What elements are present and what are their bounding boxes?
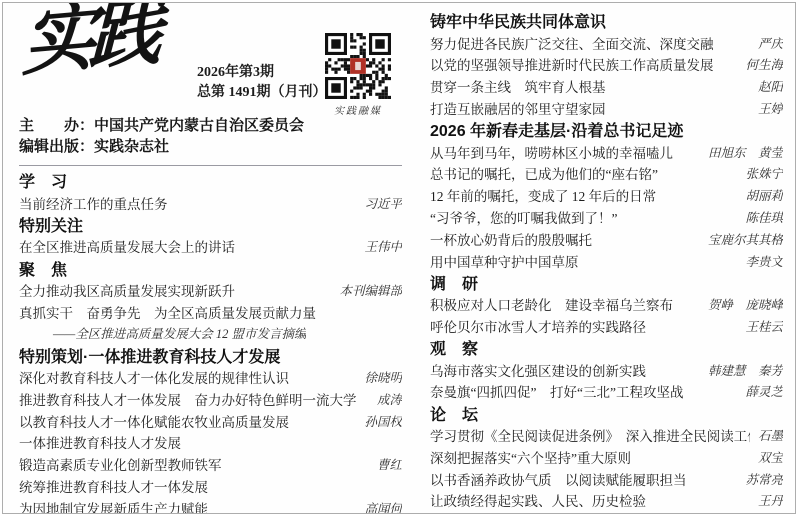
entry-authors: 陈佳琪: [745, 208, 783, 226]
qr-block: 实践融媒: [320, 33, 396, 117]
entry-title: 用中国草种守护中国草原: [430, 251, 579, 271]
entry-title: 深化对教育科技人才一体化发展的规律性认识: [19, 367, 289, 387]
entry-title: 总书记的嘱托，已成为他们的“座右铭”: [430, 163, 658, 183]
entry-authors: 王伟中: [364, 237, 402, 255]
toc-entry: 推进教育科技人才一体发展 奋力办好特色鲜明一流大学成涛: [19, 388, 402, 410]
section-title: 铸牢中华民族共同体意识: [430, 10, 783, 32]
header-divider: [19, 165, 402, 166]
toc-entry: 全力推动我区高质量发展实现新跃升本刊编辑部: [19, 279, 402, 301]
toc-entry: 以书香涵养政协气质 以阅读赋能履职担当苏常亮: [430, 468, 783, 490]
magazine-logo-calligraphy: 实践: [22, 3, 155, 81]
entry-title: 真抓实干 奋勇争先 为全区高质量发展贡献力量: [19, 302, 316, 322]
entry-authors: 赵阳: [758, 77, 783, 95]
toc-right-list: 铸牢中华民族共同体意识努力促进各民族广泛交往、全面交流、深度交融严庆以党的坚强领…: [430, 10, 783, 511]
toc-entry: 一体推进教育科技人才发展: [19, 432, 402, 454]
toc-entry: 积极应对人口老龄化 建设幸福乌兰察布贺峥 庞晓峰: [430, 293, 783, 315]
section-title: 2026 年新春走基层·沿着总书记足迹: [430, 119, 783, 141]
toc-entry: 统筹推进教育科技人才一体发展: [19, 475, 402, 497]
entry-authors: 孙国权: [364, 412, 402, 430]
entry-authors: 双宝: [758, 448, 783, 466]
entry-authors: 田旭东 黄莹: [708, 143, 783, 161]
entry-title: 让政绩经得起实践、人民、历史检验: [430, 490, 646, 510]
entry-authors: 徐晓明: [364, 368, 402, 386]
issue-total: 总第 1491期（月刊）: [197, 83, 327, 103]
toc-entry: 乌海市落实文化强区建设的创新实践韩建慧 秦芳: [430, 359, 783, 381]
qr-caption: 实践融媒: [320, 102, 396, 117]
entry-authors: 李贵文: [745, 252, 783, 270]
entry-title: 贯穿一条主线 筑牢育人根基: [430, 76, 606, 96]
entry-title: 一杯放心奶背后的殷殷嘱托: [430, 229, 592, 249]
section-title: 特别策划·一体推进教育科技人才发展: [19, 344, 402, 366]
toc-entry: 努力促进各民族广泛交往、全面交流、深度交融严庆: [430, 32, 783, 54]
organizer-line: 主 办：中国共产党内蒙古自治区委员会: [19, 115, 402, 136]
publisher-info: 主 办：中国共产党内蒙古自治区委员会 编辑出版：实践杂志社: [19, 115, 402, 157]
masthead: 实践 2026年第3期 总第 1491期（月刊） 实践融媒: [19, 11, 402, 109]
publisher-line: 编辑出版：实践杂志社: [19, 136, 402, 157]
toc-entry: 用中国草种守护中国草原李贵文: [430, 250, 783, 272]
toc-entry: 在全区推进高质量发展大会上的讲话王伟中: [19, 235, 402, 257]
toc-entry: 奈曼旗“四抓四促” 打好“三北”工程攻坚战薛灵芝: [430, 381, 783, 403]
section-title: 论 坛: [430, 402, 783, 424]
entry-authors: 严庆: [758, 34, 783, 52]
entry-authors: 本刊编辑部: [339, 281, 402, 299]
toc-entry: 深化对教育科技人才一体化发展的规律性认识徐晓明: [19, 366, 402, 388]
issue-number: 2026年第3期: [197, 63, 327, 83]
entry-title: ——全区推进高质量发展大会 12 盟市发言摘编: [19, 324, 306, 342]
toc-entry: 深刻把握落实“六个坚持”重大原则双宝: [430, 446, 783, 468]
toc-entry: 学习贯彻《全民阅读促进条例》 深入推进全民阅读工作石墨: [430, 424, 783, 446]
toc-entry: 让政绩经得起实践、人民、历史检验王丹: [430, 490, 783, 512]
entry-title: 深刻把握落实“六个坚持”重大原则: [430, 447, 631, 467]
entry-title: 呼伦贝尔市冰雪人才培养的实践路径: [430, 316, 646, 336]
toc-entry: ——全区推进高质量发展大会 12 盟市发言摘编: [19, 323, 402, 345]
entry-authors: 贺峥 庞晓峰: [708, 295, 783, 313]
toc-entry: 贯穿一条主线 筑牢育人根基赵阳: [430, 75, 783, 97]
entry-authors: 高闻何: [364, 499, 402, 513]
toc-entry: 以党的坚强领导推进新时代民族工作高质量发展何生海: [430, 54, 783, 76]
entry-authors: 张姝宁: [745, 164, 783, 182]
toc-entry: “习爷爷，您的叮嘱我做到了！”陈佳琪: [430, 206, 783, 228]
section-title: 聚 焦: [19, 257, 402, 279]
entry-title: 以书香涵养政协气质 以阅读赋能履职担当: [430, 469, 687, 489]
toc-entry: 从马年到马年，唠唠林区小城的幸福嗑儿田旭东 黄莹: [430, 141, 783, 163]
issue-info: 2026年第3期 总第 1491期（月刊）: [197, 63, 327, 104]
entry-title: 打造互嵌融居的邻里守望家园: [430, 98, 606, 118]
entry-authors: 何生海: [745, 55, 783, 73]
toc-entry: 12 年前的嘱托，变成了 12 年后的日常胡丽莉: [430, 184, 783, 206]
entry-title: 从马年到马年，唠唠林区小城的幸福嗑儿: [430, 142, 673, 162]
entry-authors: 王丹: [758, 491, 783, 509]
toc-entry: 当前经济工作的重点任务习近平: [19, 192, 402, 214]
section-title: 学 习: [19, 170, 402, 192]
entry-authors: 王婷: [758, 99, 783, 117]
entry-title: 奈曼旗“四抓四促” 打好“三北”工程攻坚战: [430, 381, 683, 401]
entry-title: 以教育科技人才一体化赋能农牧业高质量发展: [19, 411, 289, 431]
entry-title: 锻造高素质专业化创新型教师铁军: [19, 454, 222, 474]
entry-title: 推进教育科技人才一体发展 奋力办好特色鲜明一流大学: [19, 389, 357, 409]
entry-title: 乌海市落实文化强区建设的创新实践: [430, 360, 646, 380]
toc-entry: 一杯放心奶背后的殷殷嘱托宝鹿尔其其格: [430, 228, 783, 250]
entry-title: 努力促进各民族广泛交往、全面交流、深度交融: [430, 33, 714, 53]
entry-authors: 胡丽莉: [745, 186, 783, 204]
toc-entry: 总书记的嘱托，已成为他们的“座右铭”张姝宁: [430, 163, 783, 185]
entry-title: 在全区推进高质量发展大会上的讲话: [19, 236, 235, 256]
entry-authors: 成涛: [377, 390, 402, 408]
entry-title: 学习贯彻《全民阅读促进条例》 深入推进全民阅读工作: [430, 425, 750, 445]
entry-authors: 薛灵芝: [745, 382, 783, 400]
toc-entry: 真抓实干 奋勇争先 为全区高质量发展贡献力量: [19, 301, 402, 323]
entry-title: “习爷爷，您的叮嘱我做到了！”: [430, 207, 617, 227]
left-column: 实践 2026年第3期 总第 1491期（月刊） 实践融媒 主 办：中国共产党内…: [3, 3, 408, 513]
entry-authors: 苏常亮: [745, 470, 783, 488]
section-title: 调 研: [430, 272, 783, 294]
entry-title: 积极应对人口老龄化 建设幸福乌兰察布: [430, 294, 673, 314]
toc-entry: 锻造高素质专业化创新型教师铁军曹红: [19, 453, 402, 475]
right-column: 铸牢中华民族共同体意识努力促进各民族广泛交往、全面交流、深度交融严庆以党的坚强领…: [408, 3, 795, 513]
toc-left-list: 学 习当前经济工作的重点任务习近平特别关注在全区推进高质量发展大会上的讲话王伟中…: [19, 170, 402, 513]
section-title: 观 察: [430, 337, 783, 359]
entry-authors: 石墨: [758, 426, 783, 444]
entry-title: 全力推动我区高质量发展实现新跃升: [19, 280, 235, 300]
entry-authors: 曹红: [377, 455, 402, 473]
entry-authors: 韩建慧 秦芳: [708, 361, 783, 379]
qr-code-icon: [325, 33, 391, 99]
entry-title: 当前经济工作的重点任务: [19, 193, 168, 213]
entry-title: 为因地制宜发展新质生产力赋能: [19, 498, 208, 513]
toc-entry: 以教育科技人才一体化赋能农牧业高质量发展孙国权: [19, 410, 402, 432]
toc-entry: 呼伦贝尔市冰雪人才培养的实践路径王桂云: [430, 315, 783, 337]
magazine-contents-page: 实践 2026年第3期 总第 1491期（月刊） 实践融媒 主 办：中国共产党内…: [2, 2, 796, 514]
entry-authors: 宝鹿尔其其格: [708, 230, 783, 248]
toc-entry: 为因地制宜发展新质生产力赋能高闻何: [19, 497, 402, 513]
entry-authors: 习近平: [364, 194, 402, 212]
section-title: 特别关注: [19, 214, 402, 236]
entry-title: 统筹推进教育科技人才一体发展: [19, 476, 208, 496]
entry-title: 一体推进教育科技人才发展: [19, 432, 181, 452]
entry-title: 以党的坚强领导推进新时代民族工作高质量发展: [430, 54, 714, 74]
entry-title: 12 年前的嘱托，变成了 12 年后的日常: [430, 185, 656, 205]
entry-authors: 王桂云: [745, 317, 783, 335]
toc-entry: 打造互嵌融居的邻里守望家园王婷: [430, 97, 783, 119]
